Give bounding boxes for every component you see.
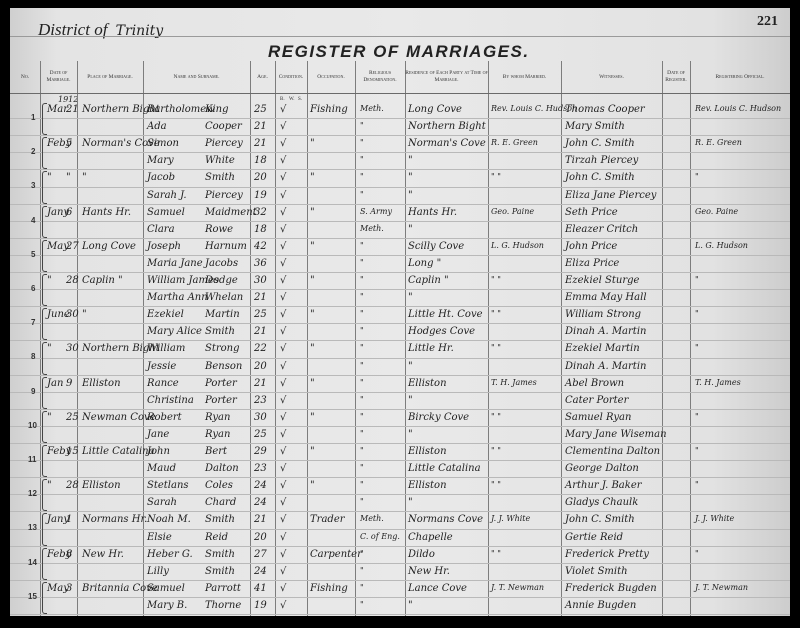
party-religion: ": [360, 549, 364, 558]
party-residence: Northern Bight: [408, 121, 486, 132]
party-surname: Smith: [205, 326, 235, 337]
party-condition: √: [280, 446, 286, 457]
witness: Eliza Price: [565, 258, 619, 269]
row-rule: [10, 204, 790, 205]
marriage-day: 30: [66, 343, 79, 354]
party-condition: √: [280, 190, 286, 201]
party-surname: Chard: [205, 497, 236, 508]
marriage-place: ": [82, 309, 87, 320]
column-divider: [690, 61, 691, 616]
party-condition: √: [280, 412, 286, 423]
row-rule: [10, 597, 790, 598]
party-condition: √: [280, 361, 286, 372]
marriage-day: 28: [66, 480, 79, 491]
party-condition: √: [280, 326, 286, 337]
column-header-age: Age.: [250, 61, 275, 93]
officiant: R. E. Green: [491, 138, 538, 147]
party-condition: √: [280, 207, 286, 218]
marriage-day: 1: [66, 514, 72, 525]
column-divider: [405, 61, 406, 616]
party-residence: ": [408, 600, 413, 611]
party-religion: ": [360, 429, 364, 438]
officiant: " ": [491, 549, 501, 558]
party-first-name: Rance: [147, 378, 179, 389]
officiant: " ": [491, 446, 501, 455]
witness: John C. Smith: [565, 138, 635, 149]
party-condition: √: [280, 549, 286, 560]
party-residence: ": [408, 190, 413, 201]
row-rule: [10, 546, 790, 547]
party-surname: Martin: [205, 309, 240, 320]
column-header-residence: Residence of Each Party at Time of Marri…: [405, 61, 488, 93]
party-residence: ": [408, 155, 413, 166]
column-header-witnesses: Witnesses.: [561, 61, 662, 93]
party-residence: Scilly Cove: [408, 241, 464, 252]
column-divider: [561, 61, 562, 616]
witness: Clementina Dalton: [565, 446, 660, 457]
row-rule: [10, 152, 790, 153]
party-residence: Caplin ": [408, 275, 449, 286]
party-first-name: Ezekiel: [147, 309, 184, 320]
marriage-day: 15: [66, 446, 79, 457]
marriage-place: Elliston: [82, 480, 121, 491]
party-age: 32: [254, 207, 267, 218]
party-religion: ": [360, 566, 364, 575]
row-rule: [10, 272, 790, 273]
party-first-name: Elsie: [147, 532, 172, 543]
party-surname: Dodge: [205, 275, 238, 286]
party-first-name: Noah M.: [147, 514, 191, 525]
registering-official: ": [695, 549, 699, 558]
registering-official: ": [695, 480, 699, 489]
party-occupation: ": [310, 412, 315, 423]
party-first-name: Sarah J.: [147, 190, 187, 201]
party-residence: Norman's Cove: [408, 138, 486, 149]
entry-number: 13: [28, 523, 37, 532]
party-first-name: Jacob: [147, 172, 175, 183]
column-header-name: Name and Surname.: [143, 61, 250, 93]
witness: George Dalton: [565, 463, 639, 474]
party-religion: ": [360, 343, 364, 352]
party-condition: √: [280, 155, 286, 166]
marriage-place: ": [82, 172, 87, 183]
year-annotation: 1912: [58, 95, 78, 104]
row-rule: [10, 460, 790, 461]
party-condition: √: [280, 583, 286, 594]
party-religion: ": [360, 463, 364, 472]
party-religion: ": [360, 190, 364, 199]
entry-number: 14: [28, 558, 37, 567]
party-surname: Smith: [205, 566, 235, 577]
party-religion: ": [360, 326, 364, 335]
party-residence: Chapelle: [408, 532, 453, 543]
party-condition: √: [280, 463, 286, 474]
party-surname: Piercey: [205, 190, 243, 201]
party-surname: Whelan: [205, 292, 243, 303]
row-rule: [10, 529, 790, 530]
party-surname: Piercey: [205, 138, 243, 149]
district-heading: District of Trinity: [38, 20, 163, 40]
party-first-name: Mary: [147, 155, 174, 166]
row-rule: [10, 563, 790, 564]
party-first-name: Martha Ann: [147, 292, 208, 303]
party-residence: Little Hr.: [408, 343, 454, 354]
entry-number: 15: [28, 592, 37, 601]
marriage-month: Jan: [47, 378, 63, 389]
officiant: " ": [491, 309, 501, 318]
party-condition: √: [280, 480, 286, 491]
party-religion: ": [360, 583, 364, 592]
party-first-name: Heber G.: [147, 549, 193, 560]
witness: Mary Smith: [565, 121, 625, 132]
marriage-place: Elliston: [82, 378, 121, 389]
party-surname: Smith: [205, 514, 235, 525]
party-condition: √: [280, 138, 286, 149]
party-first-name: John: [147, 446, 170, 457]
registering-official: J. T. Newman: [695, 583, 748, 592]
party-first-name: Maria Jane: [147, 258, 203, 269]
party-age: 29: [254, 446, 267, 457]
party-residence: Elliston: [408, 378, 447, 389]
column-header-no: No.: [10, 61, 40, 93]
party-age: 19: [254, 190, 267, 201]
party-residence: Bircky Cove: [408, 412, 469, 423]
officiant: " ": [491, 275, 501, 284]
party-residence: ": [408, 395, 413, 406]
party-religion: C. of Eng.: [360, 532, 400, 541]
party-surname: Ryan: [205, 412, 230, 423]
party-condition: √: [280, 343, 286, 354]
witness: Ezekiel Martin: [565, 343, 640, 354]
witness: Cater Porter: [565, 395, 628, 406]
party-age: 41: [254, 583, 267, 594]
party-age: 30: [254, 275, 267, 286]
witness: Abel Brown: [565, 378, 624, 389]
row-rule: [10, 511, 790, 512]
party-age: 21: [254, 326, 267, 337]
column-divider: [275, 61, 276, 616]
party-first-name: Mary Alice: [147, 326, 202, 337]
party-occupation: ": [310, 241, 315, 252]
party-religion: ": [360, 172, 364, 181]
party-residence: Hants Hr.: [408, 207, 457, 218]
marriage-day: 5: [66, 138, 72, 149]
party-condition: √: [280, 514, 286, 525]
party-first-name: Jane: [147, 429, 169, 440]
party-religion: ": [360, 361, 364, 370]
party-occupation: ": [310, 172, 315, 183]
party-age: 24: [254, 497, 267, 508]
witness: Gertie Reid: [565, 532, 623, 543]
officiant: " ": [491, 480, 501, 489]
party-residence: ": [408, 172, 413, 183]
officiant: " ": [491, 172, 501, 181]
party-age: 25: [254, 104, 267, 115]
party-age: 21: [254, 514, 267, 525]
party-residence: Little Catalina: [408, 463, 481, 474]
party-religion: ": [360, 600, 364, 609]
party-surname: White: [205, 155, 235, 166]
party-age: 36: [254, 258, 267, 269]
witness: Emma May Hall: [565, 292, 647, 303]
party-first-name: Christina: [147, 395, 194, 406]
party-surname: Benson: [205, 361, 242, 372]
row-rule: [10, 340, 790, 341]
witness: Mary Jane Wiseman: [565, 429, 667, 440]
column-divider: [662, 61, 663, 616]
party-condition: √: [280, 566, 286, 577]
divider: [10, 36, 790, 37]
column-divider: [355, 61, 356, 616]
party-religion: ": [360, 138, 364, 147]
party-first-name: Jessie: [147, 361, 176, 372]
party-religion: ": [360, 497, 364, 506]
marriage-place: Long Cove: [82, 241, 136, 252]
entry-number: 1: [31, 113, 35, 122]
column-header-religion: Religious Denomination.: [355, 61, 405, 93]
party-surname: Ryan: [205, 429, 230, 440]
party-residence: Elliston: [408, 480, 447, 491]
party-religion: ": [360, 121, 364, 130]
marriage-place: Normans Hr.: [82, 514, 147, 525]
party-occupation: Carpenter: [310, 549, 362, 560]
condition-subheader: W.: [289, 97, 295, 102]
party-religion: ": [360, 378, 364, 387]
party-residence: ": [408, 292, 413, 303]
party-condition: √: [280, 395, 286, 406]
party-first-name: Stetlans: [147, 480, 189, 491]
party-age: 20: [254, 532, 267, 543]
party-occupation: ": [310, 343, 315, 354]
party-age: 23: [254, 395, 267, 406]
party-surname: Dalton: [205, 463, 239, 474]
marriage-place: New Hr.: [82, 549, 124, 560]
marriage-month: ": [47, 275, 52, 286]
row-rule: [10, 375, 790, 376]
party-residence: Dildo: [408, 549, 435, 560]
witness: Frederick Pretty: [565, 549, 649, 560]
entry-number: 11: [28, 455, 36, 464]
party-condition: √: [280, 292, 286, 303]
officiant: " ": [491, 343, 501, 352]
registering-official: ": [695, 172, 699, 181]
row-rule: [10, 221, 790, 222]
officiant: J. T. Newman: [491, 583, 544, 592]
party-age: 20: [254, 172, 267, 183]
party-surname: Jacobs: [205, 258, 238, 269]
row-rule: [10, 118, 790, 119]
party-residence: ": [408, 497, 413, 508]
party-occupation: Fishing: [310, 104, 348, 115]
party-religion: ": [360, 395, 364, 404]
party-first-name: Simon: [147, 138, 179, 149]
party-age: 25: [254, 309, 267, 320]
entry-number: 12: [28, 489, 37, 498]
column-header-official: Registering Official.: [690, 61, 790, 93]
party-occupation: ": [310, 378, 315, 389]
marriage-day: 30: [66, 309, 79, 320]
registering-official: Rev. Louis C. Hudson: [695, 104, 781, 113]
registering-official: Geo. Paine: [695, 207, 738, 216]
party-residence: ": [408, 224, 413, 235]
party-age: 22: [254, 343, 267, 354]
marriage-day: 9: [66, 378, 72, 389]
witness: Gladys Chaulk: [565, 497, 638, 508]
witness: Samuel Ryan: [565, 412, 631, 423]
marriage-day: 8: [66, 549, 72, 560]
row-rule: [10, 443, 790, 444]
registering-official: L. G. Hudson: [695, 241, 748, 250]
row-rule: [10, 289, 790, 290]
row-rule: [10, 358, 790, 359]
party-first-name: Ada: [147, 121, 167, 132]
party-residence: Long ": [408, 258, 441, 269]
entry-number: 3: [31, 181, 35, 190]
party-residence: Elliston: [408, 446, 447, 457]
party-occupation: ": [310, 309, 315, 320]
entry-number: 8: [31, 352, 35, 361]
marriage-register-table: 1912 No.Date of Marriage.Place of Marria…: [10, 61, 790, 616]
witness: Ezekiel Sturge: [565, 275, 639, 286]
marriage-place: Hants Hr.: [82, 207, 131, 218]
party-residence: Little Ht. Cove: [408, 309, 483, 320]
party-age: 18: [254, 155, 267, 166]
entry-number: 6: [31, 284, 35, 293]
party-surname: Thorne: [205, 600, 241, 611]
column-header-condition: Condition.: [275, 61, 307, 93]
entry-number: 2: [31, 147, 35, 156]
page-title: REGISTER OF MARRIAGES.: [268, 42, 530, 62]
witness: Eliza Jane Piercey: [565, 190, 656, 201]
row-rule: [10, 169, 790, 170]
witness: Annie Bugden: [565, 600, 636, 611]
witness: Arthur J. Baker: [565, 480, 642, 491]
party-first-name: Joseph: [147, 241, 181, 252]
page-number: 221: [757, 14, 778, 30]
marriage-day: 3: [66, 583, 72, 594]
marriage-month: ": [47, 343, 52, 354]
party-surname: Smith: [205, 549, 235, 560]
witness: Eleazer Critch: [565, 224, 638, 235]
party-condition: √: [280, 258, 286, 269]
officiant: T. H. James: [491, 378, 537, 387]
witness: William Strong: [565, 309, 641, 320]
party-age: 20: [254, 361, 267, 372]
party-first-name: Lilly: [147, 566, 169, 577]
row-rule: [10, 477, 790, 478]
entry-number: 4: [31, 216, 35, 225]
marriage-month: ": [47, 172, 52, 183]
party-condition: √: [280, 309, 286, 320]
marriage-day: 27: [66, 241, 79, 252]
entry-number: 9: [31, 387, 35, 396]
party-religion: Meth.: [360, 104, 384, 113]
party-surname: Smith: [205, 172, 235, 183]
witness: Seth Price: [565, 207, 618, 218]
party-age: 27: [254, 549, 267, 560]
row-rule: [10, 426, 790, 427]
row-rule: [10, 494, 790, 495]
party-surname: Cooper: [205, 121, 242, 132]
party-condition: √: [280, 275, 286, 286]
party-first-name: Maud: [147, 463, 176, 474]
witness: Thomas Cooper: [565, 104, 645, 115]
party-residence: Hodges Cove: [408, 326, 475, 337]
party-age: 24: [254, 566, 267, 577]
witness: Frederick Bugden: [565, 583, 657, 594]
row-rule: [10, 323, 790, 324]
registering-official: T. H. James: [695, 378, 741, 387]
column-header-place: Place of Marriage.: [77, 61, 143, 93]
party-first-name: Robert: [147, 412, 182, 423]
party-occupation: ": [310, 207, 315, 218]
witness: John C. Smith: [565, 172, 635, 183]
party-religion: ": [360, 275, 364, 284]
party-residence: Long Cove: [408, 104, 462, 115]
party-age: 21: [254, 121, 267, 132]
witness: Tirzah Piercey: [565, 155, 638, 166]
column-divider: [77, 61, 78, 616]
party-surname: Coles: [205, 480, 233, 491]
officiant: " ": [491, 412, 501, 421]
party-residence: ": [408, 361, 413, 372]
row-rule: [10, 580, 790, 581]
party-age: 21: [254, 292, 267, 303]
condition-subheader: S.: [298, 97, 302, 102]
witness: Dinah A. Martin: [565, 326, 646, 337]
party-first-name: Samuel: [147, 583, 185, 594]
party-religion: ": [360, 292, 364, 301]
row-rule: [10, 409, 790, 410]
party-condition: √: [280, 429, 286, 440]
party-occupation: Trader: [310, 514, 345, 525]
party-residence: Normans Cove: [408, 514, 483, 525]
party-occupation: ": [310, 480, 315, 491]
witness: John C. Smith: [565, 514, 635, 525]
party-occupation: ": [310, 138, 315, 149]
party-religion: Meth.: [360, 514, 384, 523]
column-divider: [488, 61, 489, 616]
party-first-name: Clara: [147, 224, 175, 235]
marriage-day: 6: [66, 207, 72, 218]
row-rule: [10, 135, 790, 136]
row-rule: [10, 614, 790, 615]
party-first-name: Mary B.: [147, 600, 187, 611]
party-religion: ": [360, 155, 364, 164]
marriage-month: Mar: [47, 104, 68, 115]
party-condition: √: [280, 121, 286, 132]
party-age: 24: [254, 480, 267, 491]
party-condition: √: [280, 224, 286, 235]
party-surname: Porter: [205, 378, 237, 389]
marriage-place: Newman Cove: [82, 412, 156, 423]
marriage-place: Caplin ": [82, 275, 123, 286]
party-age: 30: [254, 412, 267, 423]
party-surname: Rowe: [205, 224, 233, 235]
party-occupation: Fishing: [310, 583, 348, 594]
party-religion: ": [360, 309, 364, 318]
party-surname: King: [205, 104, 229, 115]
column-header-date_reg: Date of Register.: [662, 61, 690, 93]
entry-number: 10: [28, 421, 37, 430]
party-religion: ": [360, 258, 364, 267]
marriage-day: 21: [66, 104, 79, 115]
row-rule: [10, 392, 790, 393]
party-condition: √: [280, 172, 286, 183]
party-surname: Bert: [205, 446, 227, 457]
party-condition: √: [280, 600, 286, 611]
party-residence: ": [408, 429, 413, 440]
